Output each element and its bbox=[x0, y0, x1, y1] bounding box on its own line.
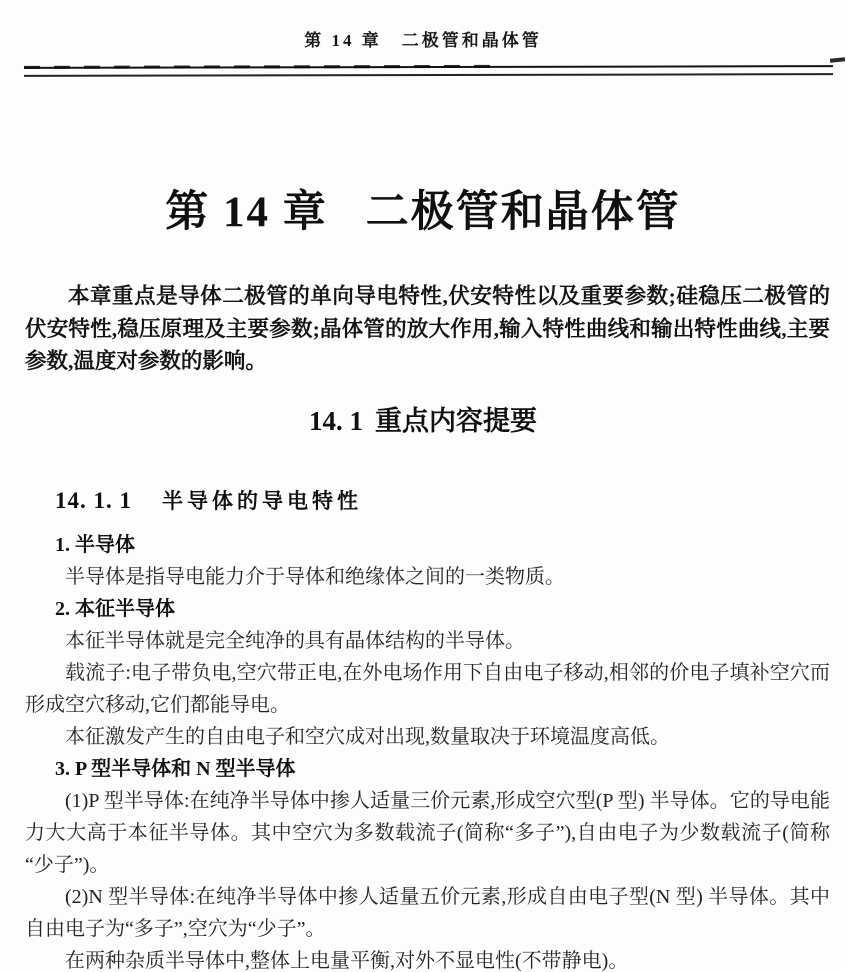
section-heading: 14. 1重点内容提要 bbox=[0, 405, 846, 438]
body-paragraph: 在两种杂质半导体中,整体上电量平衡,对外不显电性(不带静电)。 bbox=[25, 945, 830, 972]
body-heading: 1. 半导体 bbox=[25, 529, 830, 561]
scan-artifact bbox=[830, 57, 845, 63]
subsection-number: 14. 1. 1 bbox=[55, 488, 132, 513]
subsection-heading: 14. 1. 1半导体的导电特性 bbox=[55, 487, 846, 515]
body-paragraph: 半导体是指导电能力介于导体和绝缘体之间的一类物质。 bbox=[25, 561, 830, 593]
body-content: 1. 半导体 半导体是指导电能力介于导体和绝缘体之间的一类物质。 2. 本征半导… bbox=[25, 529, 830, 972]
body-paragraph: 载流子:电子带负电,空穴带正电,在外电场作用下自由电子移动,相邻的价电子填补空穴… bbox=[25, 657, 830, 721]
section-title: 重点内容提要 bbox=[375, 406, 537, 436]
intro-paragraph: 本章重点是导体二极管的单向导电特性,伏安特性以及重要参数;硅稳压二极管的伏安特性… bbox=[25, 280, 830, 378]
section-number: 14. 1 bbox=[309, 406, 363, 436]
header-double-rule bbox=[24, 65, 833, 77]
body-paragraph: (2)N 型半导体:在纯净半导体中掺人适量五价元素,形成自由电子型(N 型) 半… bbox=[25, 881, 830, 945]
running-head-chapter: 第 14 章 bbox=[304, 31, 382, 50]
chapter-title: 第 14 章二极管和晶体管 bbox=[0, 186, 846, 240]
chapter-number: 第 14 章 bbox=[165, 189, 328, 236]
running-head-title: 二极管和晶体管 bbox=[402, 31, 542, 50]
body-paragraph: 本征激发产生的自由电子和空穴成对出现,数量取决于环境温度高低。 bbox=[25, 721, 830, 753]
body-paragraph: 本征半导体就是完全纯净的具有晶体结构的半导体。 bbox=[25, 625, 830, 657]
body-heading: 2. 本征半导体 bbox=[25, 593, 830, 625]
subsection-title: 半导体的导电特性 bbox=[162, 489, 362, 513]
chapter-title-text: 二极管和晶体管 bbox=[366, 189, 681, 236]
body-heading: 3. P 型半导体和 N 型半导体 bbox=[25, 753, 830, 785]
book-page: 第 14 章二极管和晶体管 第 14 章二极管和晶体管 本章重点是导体二极管的单… bbox=[0, 0, 846, 972]
running-head: 第 14 章二极管和晶体管 bbox=[0, 30, 846, 52]
body-paragraph: (1)P 型半导体:在纯净半导体中掺人适量三价元素,形成空穴型(P 型) 半导体… bbox=[25, 785, 830, 881]
